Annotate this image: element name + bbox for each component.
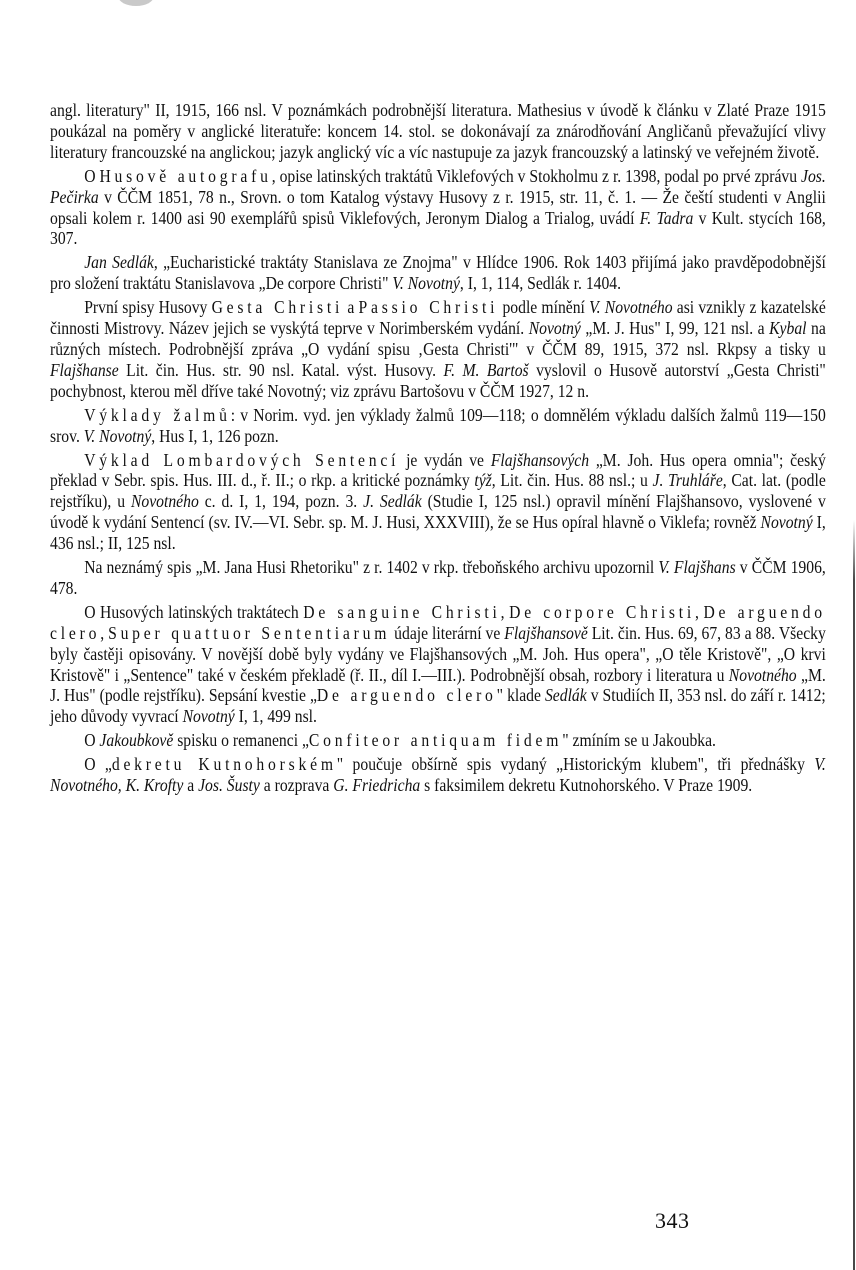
text-run: „M. J. Hus" I, 99, 121 nsl. a: [581, 318, 769, 338]
italic-author-ref: Jakoubkově: [99, 730, 173, 750]
text-run: a rozprava: [260, 775, 333, 795]
text-run: " klade: [497, 685, 545, 705]
text-run: , opise latinských traktátů Viklefových …: [272, 166, 801, 186]
italic-author-ref: V. Flajšhans: [658, 557, 735, 577]
text-run: O: [84, 730, 99, 750]
text-run: Na neznámý spis „M. Jana Husi Rhetoriku"…: [84, 557, 658, 577]
text-run: , Hus I, 1, 126 pozn.: [151, 426, 278, 446]
italic-author-ref: Jos. Šusty: [198, 775, 260, 795]
italic-author-ref: týž: [474, 470, 491, 490]
paragraph: První spisy Husovy Gesta Christi a Passi…: [50, 297, 826, 402]
paragraph: O Husově autografu, opise latinských tra…: [50, 166, 826, 250]
text-run: c. d. I, 1, 194, pozn. 3.: [199, 491, 363, 511]
paragraph: O „dekretu Kutnohorském" poučuje obšírně…: [50, 754, 826, 796]
italic-author-ref: Novotného: [729, 665, 797, 685]
paragraph: angl. literatury" II, 1915, 166 nsl. V p…: [50, 100, 826, 163]
italic-author-ref: J. Truhláře: [652, 470, 722, 490]
italic-author-ref: G. Friedricha: [333, 775, 420, 795]
italic-author-ref: Novotný: [529, 318, 581, 338]
italic-author-ref: Novotného: [131, 491, 199, 511]
scan-smudge: [118, 0, 154, 6]
spaced-title: dekretu Kutnohorském: [112, 754, 337, 774]
text-run: I, 1, 499 nsl.: [235, 706, 317, 726]
spaced-title: Husově autografu: [99, 166, 271, 186]
text-run: ,: [501, 602, 509, 622]
italic-author-ref: Flajšhansových: [491, 450, 589, 470]
spaced-title: Super quattuor Sententiarum: [108, 623, 390, 643]
text-run: údaje literární ve: [390, 623, 504, 643]
text-run: O „: [84, 754, 112, 774]
paragraph: O Husových latinských traktátech De sang…: [50, 602, 826, 727]
spaced-title: Passio Christi: [359, 297, 499, 317]
page-number: 343: [655, 1208, 690, 1234]
text-run: , Lit. čin. Hus. 88 nsl.; u: [492, 470, 653, 490]
spaced-title: Výklady žalmů: [84, 405, 231, 425]
italic-author-ref: F. Tadra: [640, 208, 694, 228]
text-run: ,: [695, 602, 703, 622]
paragraph: Výklad Lombardových Sentencí je vydán ve…: [50, 450, 826, 555]
paragraph: O Jakoubkově spisku o remanenci „Confite…: [50, 730, 826, 751]
text-run: je vydán ve: [399, 450, 491, 470]
italic-author-ref: Flajšhansově: [504, 623, 587, 643]
text-run: O Husových latinských traktátech: [84, 602, 303, 622]
paragraph: Na neznámý spis „M. Jana Husi Rhetoriku"…: [50, 557, 826, 599]
text-run: a: [343, 297, 358, 317]
spaced-title: Gesta Christi: [212, 297, 344, 317]
text-run: s faksimilem dekretu Kutnohorského. V Pr…: [420, 775, 752, 795]
spaced-title: De sanguine Christi: [303, 602, 500, 622]
italic-author-ref: F. M. Bartoš: [444, 360, 529, 380]
text-run: a: [183, 775, 198, 795]
body-text: angl. literatury" II, 1915, 166 nsl. V p…: [50, 100, 826, 799]
italic-author-ref: Kybal: [769, 318, 806, 338]
text-run: , I, 1, 114, Sedlák r. 1404.: [460, 273, 621, 293]
italic-author-ref: Novotný: [761, 512, 813, 532]
italic-author-ref: Sedlák: [545, 685, 587, 705]
text-run: angl. literatury" II, 1915, 166 nsl. V p…: [50, 100, 826, 162]
paragraph: Výklady žalmů: v Norim. vyd. jen výklady…: [50, 405, 826, 447]
italic-author-ref: V. Novotného: [589, 297, 672, 317]
text-run: ,: [100, 623, 108, 643]
italic-author-ref: V. Novotný: [84, 426, 152, 446]
italic-author-ref: Flajšhanse: [50, 360, 119, 380]
spaced-title: Výklad Lombardových Sentencí: [84, 450, 399, 470]
spaced-title: De arguendo clero: [317, 685, 497, 705]
text-run: spisku o remanenci „: [173, 730, 309, 750]
spaced-title: De corpore Christi: [509, 602, 695, 622]
italic-author-ref: Novotný: [183, 706, 235, 726]
italic-author-ref: V. Novotný: [392, 273, 460, 293]
spaced-title: Confiteor antiquam fidem: [309, 730, 562, 750]
text-run: " zmíním se u Jakoubka.: [562, 730, 716, 750]
text-run: První spisy Husovy: [84, 297, 211, 317]
paragraph: Jan Sedlák, „Eucharistické traktáty Stan…: [50, 252, 826, 294]
italic-author-ref: Jan Sedlák: [84, 252, 154, 272]
text-run: " poučuje obšírně spis vydaný „Historick…: [337, 754, 815, 774]
italic-author-ref: J. Sedlák: [363, 491, 422, 511]
text-run: podle mínění: [498, 297, 589, 317]
text-run: O: [84, 166, 99, 186]
text-run: Lit. čin. Hus. str. 90 nsl. Katal. výst.…: [119, 360, 444, 380]
page-edge-shadow: [853, 520, 855, 1270]
